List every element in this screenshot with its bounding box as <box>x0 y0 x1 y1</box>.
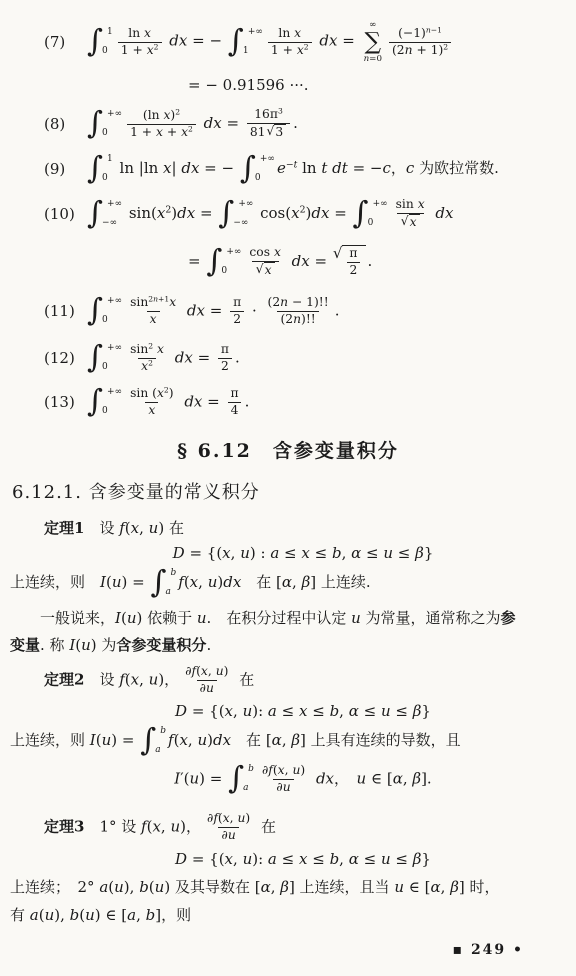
math-text: (2 <box>280 312 293 326</box>
math-text: = <box>195 204 217 222</box>
math-text: . <box>293 114 298 132</box>
math-text: sin <box>130 295 148 309</box>
math-text: ∈ [ <box>404 878 431 896</box>
fraction-numerator: (2n − 1)!! <box>265 295 332 311</box>
integral: ∫10 <box>87 154 113 184</box>
fraction-denominator: 1 + x2 <box>118 42 162 59</box>
math-variable: a <box>268 850 277 868</box>
equation-7-row-1: (7) ∫10ln x1 + x2 dx = − ∫+∞1ln x1 + x2 … <box>0 14 576 70</box>
math-text: 3 <box>275 125 283 139</box>
equation-8: (8) ∫+∞0(ln x)21 + x + x2 dx = 16π381√3. <box>0 100 576 148</box>
math-variable: u <box>216 664 224 678</box>
math-variable: x <box>225 702 233 720</box>
math-text: , <box>339 850 349 868</box>
equation-body: I′(u) = ∫ba∂f(x, u)∂u dx， u ∈ [α, β]. <box>174 763 431 796</box>
math-fraction: ∂f(x, u)∂u <box>259 763 308 796</box>
integral: ∫+∞0 <box>240 154 275 184</box>
integral: ∫+∞0 <box>206 247 241 277</box>
math-text: =0 <box>369 54 382 64</box>
math-text: = <box>193 348 215 366</box>
math-text: ≤ <box>391 850 413 868</box>
math-text: ≤ <box>359 702 381 720</box>
theorem-1-conclusion: 上连续，则 I(u) = ∫baf(x, u)dx 在 [α, β] 上连续. <box>0 566 576 600</box>
math-text: . 在积分过程中认定 <box>207 609 352 627</box>
math-text: = <box>202 392 224 410</box>
math-text: , <box>233 702 243 720</box>
math-fraction: π2 <box>346 246 360 279</box>
integral-lower-limit: 0 <box>221 267 227 276</box>
math-text: 1 <box>243 46 249 56</box>
integral-upper-limit: 1 <box>107 28 113 37</box>
math-variable: dx <box>213 731 231 749</box>
math-variable: x <box>157 386 164 400</box>
math-text: | <box>172 159 182 177</box>
math-variable: x <box>301 544 309 562</box>
math-text: ] 上连续，且当 <box>289 878 394 896</box>
integral-sign: ∫ <box>87 296 103 325</box>
fraction-numerator: sin2n+1x <box>127 295 179 311</box>
math-text: +1 <box>158 294 169 303</box>
integral-sign: ∫ <box>140 726 156 755</box>
math-variable: x <box>169 295 176 309</box>
integral-limits: 10 <box>104 27 113 57</box>
paragraph-text: 定理2 设 f(x, u)，∂f(x, u)∂u 在 <box>44 664 254 697</box>
math-text: 1 + <box>271 43 297 57</box>
math-text: ) ∈ [ <box>95 906 127 924</box>
equation-12: (12) ∫+∞0sin2 xx2 dx = π2. <box>0 336 576 380</box>
math-text: ) 为 <box>91 636 117 654</box>
math-text: . <box>367 252 372 270</box>
fraction-numerator: ln x <box>275 26 304 42</box>
math-fraction: (2n − 1)!!(2n)!! <box>265 295 332 328</box>
fraction-numerator: π <box>230 295 244 311</box>
math-text: 1 <box>107 154 113 164</box>
math-text: 在 [ <box>241 573 282 591</box>
math-variable: x <box>156 125 163 139</box>
math-variable: x <box>222 544 230 562</box>
math-text: 上连续，则 <box>10 731 90 749</box>
math-text: . <box>335 301 340 319</box>
math-text: · <box>247 301 261 319</box>
math-variable: dx <box>181 159 199 177</box>
math-fraction: 16π381√3 <box>247 107 290 141</box>
math-text: } <box>424 544 434 562</box>
math-variable: a <box>30 906 39 924</box>
math-variable: u <box>383 544 393 562</box>
bold-term: 含参变量积分 <box>116 636 206 654</box>
math-variable: b <box>146 906 156 924</box>
integral-lower-limit: 0 <box>368 219 374 228</box>
fraction-numerator: ln x <box>125 26 154 42</box>
math-variable: b <box>332 544 342 562</box>
math-variable: b <box>330 702 340 720</box>
math-text: = − 0.91596 ···. <box>188 76 309 94</box>
math-variable: α <box>431 878 441 896</box>
integral-limits: +∞0 <box>104 109 122 139</box>
math-variable: x <box>294 26 301 40</box>
math-variable: β <box>412 769 421 787</box>
math-variable: β <box>415 544 424 562</box>
integral-lower-limit: 0 <box>102 129 108 138</box>
math-variable: x <box>131 519 139 537</box>
math-text: = <box>329 204 351 222</box>
equation-7-row-2: = − 0.91596 ···. <box>0 70 576 100</box>
integral-limits: +∞0 <box>104 296 122 326</box>
book-page: (7) ∫10ln x1 + x2 dx = − ∫+∞1ln x1 + x2 … <box>0 0 576 976</box>
integral-limits: +∞0 <box>223 247 241 277</box>
math-text: ) = <box>121 573 149 591</box>
math-text: 一般说来， <box>40 609 115 627</box>
integral: ∫10 <box>87 27 113 57</box>
superscript: 2 <box>154 42 159 51</box>
summation: ∞∑n=0 <box>364 20 382 63</box>
math-text: sin( <box>124 204 157 222</box>
integral-sign: ∫ <box>150 568 166 597</box>
integral-upper-limit: b <box>160 727 166 736</box>
paragraph-line-2: 变量. 称 I(u) 为含参变量积分. <box>0 631 576 658</box>
integral-limits: +∞−∞ <box>235 199 253 229</box>
fraction-numerator: ∂f(x, u) <box>259 763 308 779</box>
math-variable: β <box>302 573 311 591</box>
fraction-numerator: π <box>346 246 360 262</box>
equation-body: ∫+∞0sin (x2)x dx = π4. <box>86 386 249 419</box>
math-variable: x <box>148 403 155 417</box>
paragraph-text: 一般说来，I(u) 依赖于 u. 在积分过程中认定 u 为常量，通常称之为参 <box>40 607 516 628</box>
math-variable: a <box>155 745 160 755</box>
radical-sign: √ <box>256 262 264 276</box>
math-text: +∞ <box>238 199 253 209</box>
fraction-numerator: π <box>218 342 232 358</box>
math-text: 1 + <box>130 125 156 139</box>
integral: ∫+∞−∞ <box>87 199 122 229</box>
math-text: , <box>233 850 243 868</box>
math-variable: x <box>144 26 151 40</box>
integral-lower-limit: 0 <box>102 363 108 372</box>
math-variable: u <box>357 769 367 787</box>
math-variable: dx <box>165 32 188 50</box>
math-text: π <box>231 386 239 400</box>
math-fraction: sin (x2)x <box>127 386 176 419</box>
math-text: cos( <box>255 204 291 222</box>
math-variable: α <box>349 702 359 720</box>
fraction-numerator: (ln x)2 <box>140 108 183 124</box>
math-text: −∞ <box>102 218 117 228</box>
math-variable: x <box>201 664 208 678</box>
math-variable: u <box>197 731 207 749</box>
integral-sign: ∫ <box>240 154 256 183</box>
paragraph-text: 上连续，则 I(u) = ∫baf(x, u)dx 在 [α, β] 上连续. <box>10 568 371 598</box>
math-text: ), <box>124 878 139 896</box>
math-variable: u <box>197 609 207 627</box>
math-text: = {( <box>187 702 225 720</box>
integral-lower-limit: 1 <box>243 47 249 56</box>
math-variable: x <box>147 43 154 57</box>
math-text: + <box>163 125 181 139</box>
integral-lower-limit: −∞ <box>233 219 248 228</box>
radicand: π2 <box>342 245 366 279</box>
math-text: . <box>206 636 211 654</box>
math-variable: dx <box>431 204 454 222</box>
math-text: (−1) <box>398 26 426 40</box>
equation-body: ∫+∞−∞ sin(x2)dx = ∫+∞−∞ cos(x2)dx = ∫+∞0… <box>86 197 453 231</box>
paragraph-text: 定理3 1° 设 f(x, u)，∂f(x, u)∂u 在 <box>44 811 276 844</box>
superscript: 2 <box>443 42 448 51</box>
theorem-2-intro: 定理2 设 f(x, u)，∂f(x, u)∂u 在 <box>0 662 576 698</box>
math-variable: c <box>382 159 390 177</box>
integral: ∫+∞0 <box>87 109 122 139</box>
math-text: π <box>221 342 229 356</box>
math-text: , <box>282 731 292 749</box>
math-variable: x <box>225 850 233 868</box>
integral-limits: 10 <box>104 154 113 184</box>
math-variable: u <box>170 817 180 835</box>
math-text: ) <box>224 664 229 678</box>
math-text: } <box>421 702 431 720</box>
math-fraction: (−1)n−1(2n + 1)2 <box>389 26 451 59</box>
bold-term: 定理2 <box>44 670 84 688</box>
fraction-numerator: ∂f(x, u) <box>182 664 231 680</box>
bold-term: 参 <box>501 609 516 627</box>
integral-sign: ∫ <box>228 27 244 56</box>
fraction-denominator: x2 <box>138 358 156 375</box>
math-variable: a <box>165 587 170 597</box>
math-fraction: ln x1 + x2 <box>118 26 162 59</box>
integral-limits: +∞1 <box>245 27 263 57</box>
integral-sign: ∫ <box>87 199 103 228</box>
math-variable: dx <box>170 348 193 366</box>
math-variable: b <box>248 764 254 774</box>
math-variable: x <box>152 817 160 835</box>
integral-sign: ∫ <box>87 109 103 138</box>
fraction-denominator: (2n + 1)2 <box>389 42 451 59</box>
math-text: = {( <box>187 850 225 868</box>
math-variable: x <box>297 43 304 57</box>
math-text: ≤ <box>307 850 329 868</box>
equation-body: = − 0.91596 ···. <box>188 76 309 94</box>
math-text: ， <box>334 769 357 787</box>
theorem-2-conclusion: 上连续，则 I(u) = ∫baf(x, u)dx 在 [α, β] 上具有连续… <box>0 724 576 758</box>
math-text: , <box>136 906 146 924</box>
math-text: 1 <box>107 27 113 37</box>
superscript: −t <box>286 159 298 170</box>
math-text: 1° 设 <box>84 817 141 835</box>
math-text: ′( <box>180 769 189 787</box>
math-text: , <box>230 811 238 825</box>
integral: ∫+∞−∞ <box>218 199 253 229</box>
superscript: n−1 <box>426 25 442 34</box>
math-variable: dx <box>315 32 338 50</box>
subsection-heading: 6.12.1. 含参变量的常义积分 <box>0 478 576 504</box>
section-heading: § 6.12 含参变量积分 <box>0 436 576 464</box>
paragraph-text: 上连续； 2° a(u), b(u) 及其导数在 [α, β] 上连续，且当 u… <box>10 876 499 897</box>
math-variable: x <box>265 263 272 277</box>
superscript: 3 <box>278 106 283 115</box>
math-text: = <box>222 114 244 132</box>
math-variable: a <box>268 702 277 720</box>
fraction-denominator: ∂u <box>197 680 217 697</box>
math-text: ≤ <box>361 544 383 562</box>
math-text: = − <box>199 159 238 177</box>
math-text: (ln <box>143 108 164 122</box>
math-fraction: π4 <box>228 386 242 419</box>
math-variable: dx <box>199 114 222 132</box>
math-variable: a <box>127 906 136 924</box>
math-variable: x <box>418 197 425 211</box>
math-text: −1 <box>431 25 442 34</box>
math-text: 2 <box>233 312 241 326</box>
math-text: + 1) <box>413 43 444 57</box>
integral-limits: ba <box>167 568 176 598</box>
integral-limits: +∞−∞ <box>104 199 122 229</box>
math-fraction: ∂f(x, u)∂u <box>182 664 231 697</box>
fraction-numerator: sin2 x <box>127 342 167 358</box>
math-text: 为欧拉常数. <box>414 159 499 177</box>
fraction-denominator: 4 <box>228 402 242 419</box>
square-root: √π2 <box>333 245 367 279</box>
math-text: ln <box>278 26 294 40</box>
math-variable: x <box>131 670 139 688</box>
math-variable: u <box>81 636 91 654</box>
integral-lower-limit: 0 <box>102 47 108 56</box>
math-fraction: sin x√x <box>393 197 428 231</box>
integral-limits: +∞0 <box>257 154 275 184</box>
math-variable: b <box>160 726 166 736</box>
math-text: ) = <box>199 769 227 787</box>
equation-number: (8) <box>44 115 86 133</box>
math-text: ≤ <box>359 850 381 868</box>
math-variable: b <box>330 850 340 868</box>
paragraph-text: 变量. 称 I(u) 为含参变量积分. <box>10 634 211 655</box>
integral-sign: ∫ <box>206 247 222 276</box>
math-variable: a <box>243 783 248 793</box>
math-text: ) : <box>250 544 270 562</box>
math-text: ] 上连续. <box>310 573 370 591</box>
theorem-1-intro: 定理1 设 f(x, u) 在 <box>0 514 576 540</box>
math-text: +∞ <box>260 154 275 164</box>
math-text: ) 依赖于 <box>136 609 196 627</box>
equation-body: = ∫+∞0cos x√x dx = √π2. <box>188 245 372 279</box>
math-text: +∞ <box>107 343 122 353</box>
integral-lower-limit: a <box>155 746 160 755</box>
paragraph-text: 定理1 设 f(x, u) 在 <box>44 517 184 538</box>
integral-upper-limit: +∞ <box>107 110 122 119</box>
math-text: ， <box>391 159 406 177</box>
integral-limits: ba <box>245 764 254 794</box>
math-variable: x <box>410 215 417 229</box>
math-text: ln |ln <box>115 159 163 177</box>
math-text: − 1)!! <box>288 295 329 309</box>
math-variable: u <box>206 681 214 695</box>
math-text: } <box>421 850 431 868</box>
math-variable: u <box>394 878 404 896</box>
math-text: 在 <box>234 670 254 688</box>
math-text: )， <box>180 817 201 835</box>
math-text: 为常量，通常称之为 <box>361 609 501 627</box>
math-variable: u <box>85 906 95 924</box>
theorem-3-conclusion: 有 a(u), b(u) ∈ [a, b]，则 <box>0 900 576 928</box>
math-text: . <box>235 348 240 366</box>
math-text: ) 及其导数在 [ <box>164 878 260 896</box>
math-variable: b <box>70 906 80 924</box>
math-variable: x <box>179 731 187 749</box>
equation-body: D = {(x, u): a ≤ x ≤ b, α ≤ u ≤ β} <box>175 702 431 720</box>
integral-lower-limit: −∞ <box>102 219 117 228</box>
bold-term: 变量 <box>10 636 40 654</box>
integral-upper-limit: +∞ <box>238 200 253 209</box>
integral-limits: +∞0 <box>104 387 122 417</box>
math-fraction: sin2n+1xx <box>127 295 179 328</box>
fraction-denominator: 2 <box>218 358 232 375</box>
math-variable: a <box>270 544 279 562</box>
math-text: (2 <box>392 43 405 57</box>
math-text: +∞ <box>248 27 263 37</box>
math-text: ) 在 <box>158 519 184 537</box>
math-fraction: π2 <box>230 295 244 328</box>
math-text: π <box>233 295 241 309</box>
fraction-numerator: 16π3 <box>251 107 286 123</box>
math-text: 上连续，则 <box>10 573 100 591</box>
integral-limits: +∞0 <box>104 343 122 373</box>
math-fraction: ln x1 + x2 <box>268 26 312 59</box>
equation-13: (13) ∫+∞0sin (x2)x dx = π4. <box>0 380 576 424</box>
integral-lower-limit: 0 <box>102 316 108 325</box>
theorem-3-condition-2: 上连续； 2° a(u), b(u) 及其导数在 [α, β] 上连续，且当 u… <box>0 872 576 900</box>
math-variable: D <box>173 544 185 562</box>
fraction-denominator: √x <box>397 213 424 231</box>
math-text: ]，则 <box>155 906 191 924</box>
theorem-3-domain: D = {(x, u): a ≤ x ≤ b, α ≤ u ≤ β} <box>0 846 576 872</box>
equation-9: (9) ∫10 ln |ln x| dx = − ∫+∞0e−t ln t dt… <box>0 148 576 190</box>
math-variable: u <box>243 850 253 868</box>
math-variable: β <box>280 878 289 896</box>
math-text: , <box>139 519 149 537</box>
math-text: +∞ <box>107 387 122 397</box>
fraction-numerator: cos x <box>246 245 283 261</box>
superscript: 2 <box>304 42 309 51</box>
integral: ∫+∞0 <box>353 199 388 229</box>
math-text: , <box>339 702 349 720</box>
theorem-2-domain: D = {(x, u): a ≤ x ≤ b, α ≤ u ≤ β} <box>0 698 576 724</box>
math-variable: u <box>283 780 291 794</box>
fraction-denominator: 1 + x + x2 <box>127 124 196 141</box>
fraction-denominator: ∂u <box>273 779 293 796</box>
math-text: 2 <box>350 263 358 277</box>
math-variable: u <box>208 573 218 591</box>
integral-upper-limit: +∞ <box>107 344 122 353</box>
math-variable: b <box>139 878 149 896</box>
bold-term: 定理3 <box>44 817 84 835</box>
math-text: 4 <box>231 403 239 417</box>
fraction-denominator: (2n)!! <box>277 311 318 328</box>
integral-upper-limit: +∞ <box>260 155 275 164</box>
math-fraction: sin2 xx2 <box>127 342 167 375</box>
math-variable: u <box>149 670 159 688</box>
math-text: , <box>403 769 413 787</box>
math-variable: dx <box>177 204 195 222</box>
math-text: ), <box>54 906 69 924</box>
radicand: x <box>409 214 420 231</box>
math-variable: u <box>381 702 391 720</box>
math-variable: a <box>99 878 108 896</box>
math-text: 在 <box>256 817 276 835</box>
superscript: 2 <box>175 107 180 116</box>
math-text: )， <box>158 670 179 688</box>
math-text: , <box>198 573 208 591</box>
math-fraction: ∂f(x, u)∂u <box>204 811 253 844</box>
math-variable: n <box>293 312 301 326</box>
superscript: 2 <box>148 358 153 367</box>
integral: ∫ba <box>150 568 176 598</box>
